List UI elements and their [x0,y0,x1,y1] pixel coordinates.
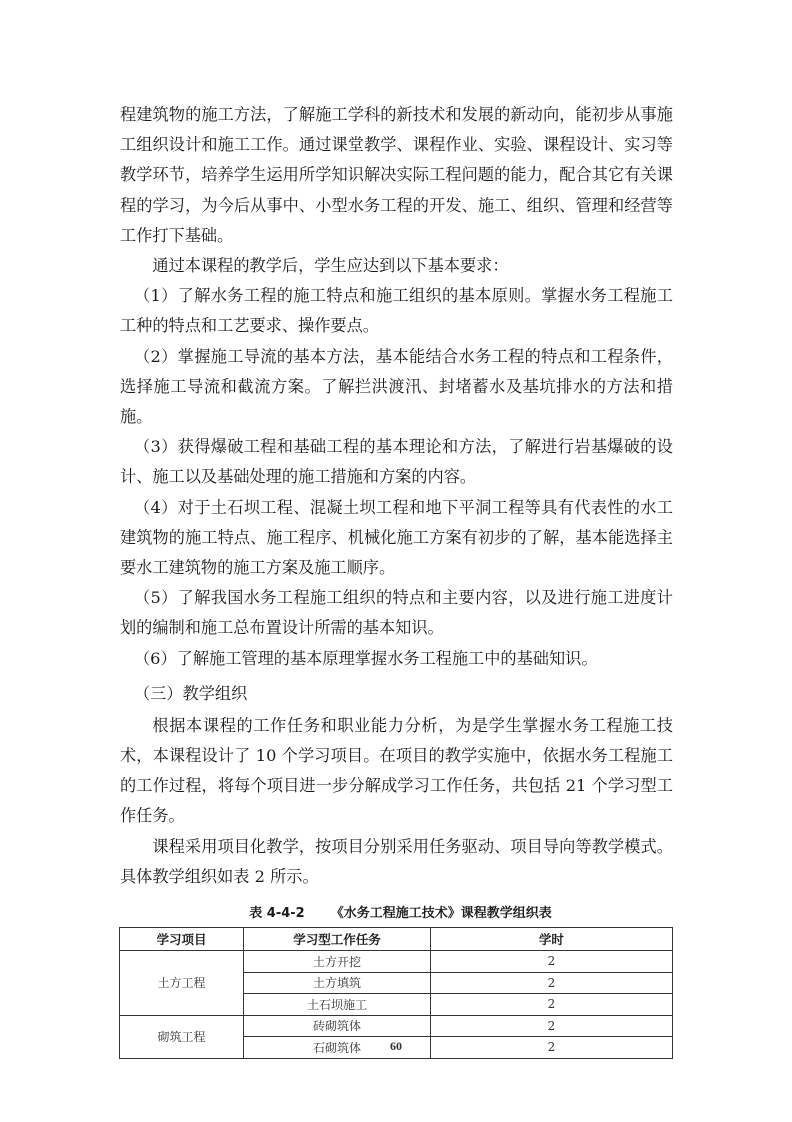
table-caption-number: 表 4-4-2 [249,906,304,921]
section-heading: （三）教学组织 [120,679,673,709]
header-task: 学习型工作任务 [244,928,431,951]
task-cell: 土石坝施工 [244,994,431,1016]
task-cell: 砖砌筑体 [244,1015,431,1037]
project-cell: 土方工程 [120,951,244,1016]
requirement-item-4: （4）对于土石坝工程、混凝土坝工程和地下平洞工程等具有代表性的水工建筑物的施工特… [120,493,673,584]
hours-cell: 2 [430,951,672,973]
requirement-item-2: （2）掌握施工导流的基本方法，基本能结合水务工程的特点和工程条件，选择施工导流和… [120,342,673,433]
requirement-item-5: （5）了解我国水务工程施工组织的特点和主要内容，以及进行施工进度计划的编制和施工… [120,583,673,643]
intro-paragraph: 程建筑物的施工方法，了解施工学科的新技术和发展的新动向，能初步从事施工组织设计和… [120,100,673,251]
hours-cell: 2 [430,1015,672,1037]
table-row: 砌筑工程 砖砌筑体 2 [120,1015,673,1037]
requirement-item-6: （6）了解施工管理的基本原理掌握水务工程施工中的基础知识。 [120,644,673,674]
task-cell: 土方填筑 [244,972,431,994]
requirement-item-3: （3）获得爆破工程和基础工程的基本理论和方法，了解进行岩基爆破的设计、施工以及基… [120,432,673,492]
organization-paragraph-2: 课程采用项目化教学，按项目分别采用任务驱动、项目导向等教学模式。具体教学组织如表… [120,832,673,892]
task-cell: 土方开挖 [244,951,431,973]
header-hours: 学时 [430,928,672,951]
table-caption-title: 《水务工程施工技术》课程教学组织表 [331,906,552,921]
header-project: 学习项目 [120,928,244,951]
hours-cell: 2 [430,972,672,994]
page-number: 60 [0,1039,792,1054]
organization-paragraph-1: 根据本课程的工作任务和职业能力分析，为是学生掌握水务工程施工技术，本课程设计了 … [120,711,673,832]
requirement-item-1: （1）了解水务工程的施工特点和施工组织的基本原则。掌握水务工程施工工种的特点和工… [120,281,673,341]
requirements-lead: 通过本课程的教学后，学生应达到以下基本要求： [120,251,673,281]
document-page: 程建筑物的施工方法，了解施工学科的新技术和发展的新动向，能初步从事施工组织设计和… [120,100,673,1059]
table-caption: 表 4-4-2《水务工程施工技术》课程教学组织表 [120,902,673,926]
hours-cell: 2 [430,994,672,1016]
table-header-row: 学习项目 学习型工作任务 学时 [120,928,673,951]
table-row: 土方工程 土方开挖 2 [120,951,673,973]
